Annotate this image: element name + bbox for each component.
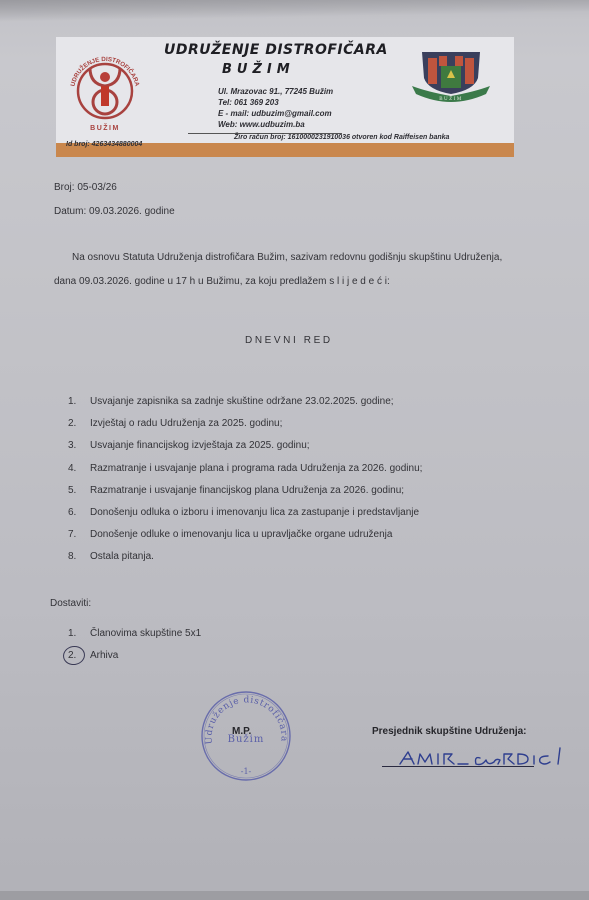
document-date: Datum: 09.03.2026. godine: [54, 206, 175, 217]
item-text: Razmatranje i usvajanje financijskog pla…: [90, 485, 404, 496]
svg-text:-1-: -1-: [241, 767, 252, 776]
item-number: 1.: [68, 628, 90, 639]
agenda-item: 8.Ostala pitanja.: [68, 551, 422, 573]
bank-account: Žiro račun broj: 1610000231910036 otvore…: [234, 134, 449, 141]
delivery-label: Dostaviti:: [50, 598, 91, 609]
phone: Tel: 061 369 203: [218, 97, 333, 108]
agenda-item: 6.Donošenju odluka o izboru i imenovanju…: [68, 507, 422, 529]
org-name: UDRUŽENJE DISTROFIČARA: [164, 42, 388, 58]
delivery-item: 1.Članovima skupštine 5x1: [68, 628, 201, 650]
contact-block: Ul. Mrazovac 91., 77245 Bužim Tel: 061 3…: [218, 86, 333, 130]
item-number-circled: 2.: [68, 650, 90, 661]
signature-line: [382, 766, 534, 767]
stamp-placeholder-label: M.P.: [232, 726, 251, 737]
agenda-item: 7.Donošenje odluke o imenovanju lica u u…: [68, 529, 422, 551]
item-text: Usvajanje financijskog izvještaja za 202…: [90, 440, 310, 451]
paper-bottom-edge: [0, 891, 589, 900]
item-number: 1.: [68, 396, 90, 407]
agenda-item: 2.Izvještaj o radu Udruženja za 2025. go…: [68, 418, 422, 440]
agenda-item: 4.Razmatranje i usvajanje plana i progra…: [68, 463, 422, 485]
agenda-item: 5.Razmatranje i usvajanje financijskog p…: [68, 485, 422, 507]
paper-shadow: [0, 0, 589, 22]
website: Web: www.udbuzim.ba: [218, 119, 333, 130]
item-text: Donošenju odluka o izboru i imenovanju l…: [90, 507, 419, 518]
item-number: 7.: [68, 529, 90, 540]
item-text: Razmatranje i usvajanje plana i programa…: [90, 463, 422, 474]
association-logo-icon: UDRUŽENJE DISTROFIČARA BUŽIM: [60, 44, 150, 134]
agenda-item: 3.Usvajanje financijskog izvještaja za 2…: [68, 440, 422, 462]
reference-number: Broj: 05-03/26: [54, 182, 117, 193]
item-number: 4.: [68, 463, 90, 474]
signer-title: Presjednik skupštine Udruženja:: [372, 726, 527, 737]
item-number: 2.: [68, 418, 90, 429]
item-number: 6.: [68, 507, 90, 518]
item-text: Arhiva: [90, 650, 118, 661]
svg-text:BUŽIM: BUŽIM: [90, 123, 120, 132]
email: E - mail: udbuzim@gmail.com: [218, 108, 333, 119]
agenda-list: 1.Usvajanje zapisnika sa zadnje skuštine…: [68, 396, 422, 574]
delivery-item: 2.Arhiva: [68, 650, 201, 672]
delivery-list: 1.Članovima skupštine 5x1 2.Arhiva: [68, 628, 201, 672]
item-text: Usvajanje zapisnika sa zadnje skuštine o…: [90, 396, 394, 407]
handwritten-signature: [398, 744, 578, 772]
intro-line-1: Na osnovu Statuta Udruženja distrofičara…: [72, 252, 502, 263]
org-city: BUŽIM: [222, 62, 295, 77]
intro-line-2: dana 09.03.2026. godine u 17 h u Bužimu,…: [54, 276, 390, 287]
municipality-coat-of-arms-icon: BUŽIM: [408, 48, 494, 104]
address: Ul. Mrazovac 91., 77245 Bužim: [218, 86, 333, 97]
item-text: Članovima skupštine 5x1: [90, 628, 201, 639]
item-text: Donošenje odluke o imenovanju lica u upr…: [90, 529, 392, 540]
item-text: Izvještaj o radu Udruženja za 2025. godi…: [90, 418, 282, 429]
item-text: Ostala pitanja.: [90, 551, 154, 562]
item-number: 5.: [68, 485, 90, 496]
item-number: 3.: [68, 440, 90, 451]
id-number: Id broj: 4263434880004: [66, 141, 142, 148]
agenda-heading: DNEVNI RED: [245, 335, 333, 346]
svg-text:BUŽIM: BUŽIM: [439, 96, 463, 102]
item-number: 8.: [68, 551, 90, 562]
agenda-item: 1.Usvajanje zapisnika sa zadnje skuštine…: [68, 396, 422, 418]
